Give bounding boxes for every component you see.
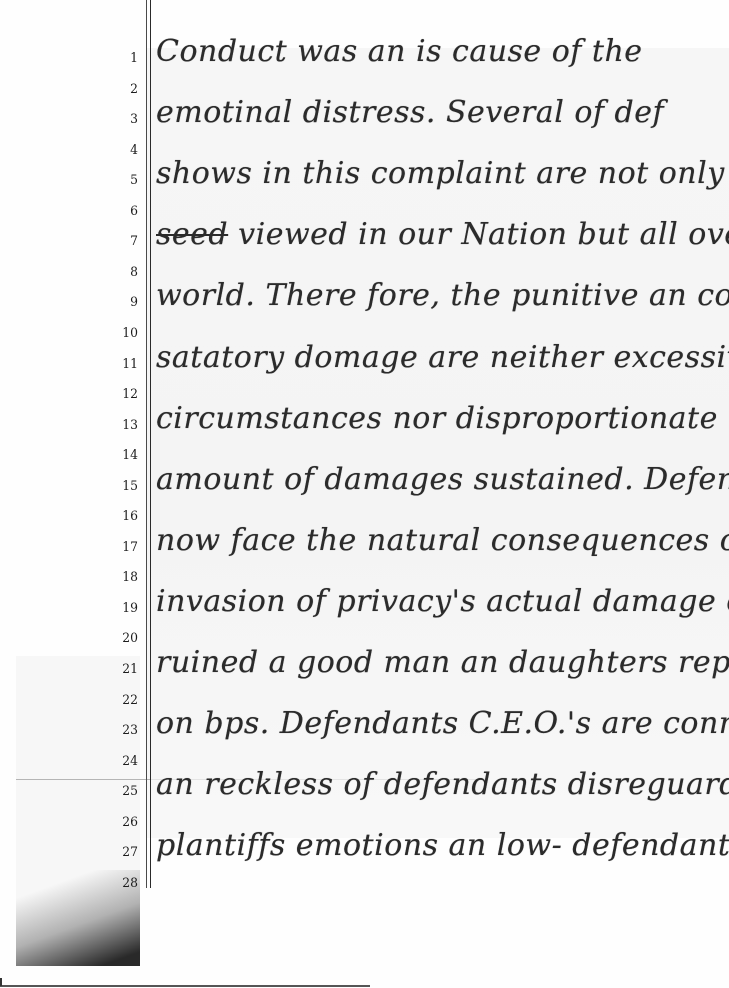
handwritten-line-text: Conduct was an is cause of the [156,34,643,69]
handwritten-line-text: satatory domage are neither excessive a [156,340,729,375]
handwritten-line-text: invasion of privacy's actual damage of [156,584,729,619]
line-number: 21 [100,663,138,677]
margin-rule-right [150,0,151,888]
line-number: 19 [100,602,138,616]
line-number: 3 [100,113,138,127]
handwritten-line-text: on bps. Defendants C.E.O.'s are conn [156,706,729,741]
handwritten-line: on bps. Defendants C.E.O.'s are conn [156,706,729,742]
margin-rule-left [146,0,147,888]
handwritten-line-text: shows in this complaint are not only [156,156,725,191]
handwritten-line: plantiffs emotions an low- defendants [156,828,729,864]
handwritten-line: circumstances nor disproportionate to th… [156,401,729,437]
handwritten-line: satatory domage are neither excessive a [156,340,729,376]
handwritten-line: ruined a good man an daughters rep [156,645,729,681]
line-number: 1 [100,52,138,66]
line-number: 4 [100,144,138,158]
handwritten-line: seed viewed in our Nation but all over [156,217,729,253]
pleading-line-numbers: 1234567891011121314151617181920212223242… [0,0,144,988]
handwritten-line: amount of damages sustained. Defend [156,462,729,498]
line-number: 12 [100,388,138,402]
handwritten-line-text: circumstances nor disproportionate to th… [156,401,729,436]
line-number: 14 [100,449,138,463]
line-number: 28 [100,877,138,891]
handwritten-line-text: viewed in our Nation but all over [228,217,729,252]
line-number: 9 [100,296,138,310]
handwritten-line-text: ruined a good man an daughters rep [156,645,729,680]
line-number: 16 [100,510,138,524]
struck-word: seed [156,217,228,252]
line-number: 27 [100,846,138,860]
line-number: 18 [100,571,138,585]
handwritten-line-text: now face the natural consequences of [156,523,729,558]
scanned-page: 1234567891011121314151617181920212223242… [0,0,729,988]
handwritten-line-text: plantiffs emotions an low- defendants [156,828,729,863]
line-number: 24 [100,755,138,769]
handwritten-line: shows in this complaint are not only [156,156,729,192]
line-number: 11 [100,358,138,372]
line-number: 2 [100,83,138,97]
line-number: 23 [100,724,138,738]
line-number: 7 [100,235,138,249]
handwritten-text-block: Conduct was an is cause of theemotinal d… [156,0,729,988]
line-number: 20 [100,632,138,646]
line-number: 26 [100,816,138,830]
handwritten-line: now face the natural consequences of [156,523,729,559]
handwritten-line: an reckless of defendants disreguard [156,767,729,803]
handwritten-line: invasion of privacy's actual damage of [156,584,729,620]
line-number: 6 [100,205,138,219]
line-number: 10 [100,327,138,341]
line-number: 8 [100,266,138,280]
line-number: 15 [100,480,138,494]
line-number: 17 [100,541,138,555]
line-number: 25 [100,785,138,799]
handwritten-line-text: an reckless of defendants disreguard [156,767,729,802]
handwritten-line-text: world. There fore, the punitive an comp [156,278,729,313]
handwritten-line: emotinal distress. Several of def [156,95,729,131]
handwritten-line-text: emotinal distress. Several of def [156,95,664,130]
line-number: 5 [100,174,138,188]
handwritten-line: world. There fore, the punitive an comp [156,278,729,314]
line-number: 22 [100,694,138,708]
handwritten-line-text: amount of damages sustained. Defend [156,462,729,497]
line-number: 13 [100,419,138,433]
handwritten-line: Conduct was an is cause of the [156,34,729,70]
